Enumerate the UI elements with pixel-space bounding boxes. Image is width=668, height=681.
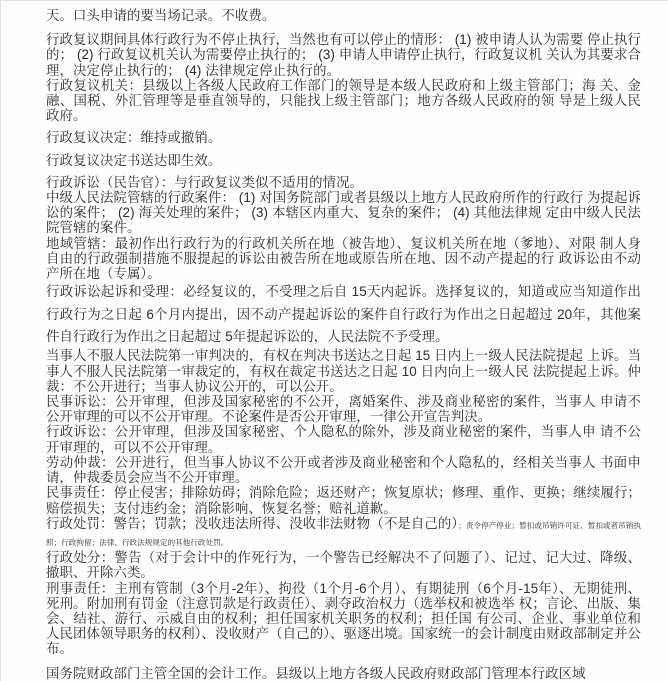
para-decision-effective: 行政复议决定书送达即生效。 (46, 153, 641, 168)
para-admin-litigation-intro: 行政诉讼（民告官）：与行政复议类似不适用的情况。 (46, 175, 641, 190)
para-admin-penalty-main: 行政处罚：警告；罚款；没收违法所得、没收非法财物（不是自己的） (46, 516, 458, 531)
document-page: 天。口头申请的要当场记录。不收费。 行政复议期间具体行政行为不停止执行，当然也有… (0, 0, 668, 681)
para-filing-and-acceptance: 行政诉讼起诉和受理：必经复议的，不受理之后自 15天内起诉。选择复议的，知道或应… (46, 281, 641, 348)
para-reconsideration-decision: 行政复议决定：维持或撤销。 (46, 130, 641, 145)
para-state-council-finance: 国务院财政部门主管全国的会计工作。县级以上地方各级人民政府财政部门管理本行政区域 (46, 666, 641, 681)
para-admin-penalty: 行政处罚：警告；罚款；没收违法所得、没收非法财物（不是自己的）；责令停产停业；暂… (46, 516, 641, 550)
document-body: 天。口头申请的要当场记录。不收费。 行政复议期间具体行政行为不停止执行，当然也有… (1, 1, 668, 681)
para-reconsideration-no-suspension: 行政复议期间具体行政行为不停止执行，当然也有可以停止的情形： (1) 被申请人认… (46, 32, 641, 78)
para-admin-litigation-publicity: 行政诉讼：公开审理，但涉及国家秘密、个人隐私的除外，涉及商业秘密的案件，当事人申… (46, 424, 641, 454)
para-civil-liability: 民事责任：停止侵害；排除妨碍；消除危险；返还财产；恢复原状；修理、重作、更换；继… (46, 485, 641, 515)
para-criminal-liability: 刑事责任：主刑有管制（3个月-2年）、拘役（1个月-6个月）、有期徒刑（6个月-… (46, 581, 641, 657)
para-labor-arbitration-publicity: 劳动仲裁：公开进行，但当事人协议不公开或者涉及商业秘密和个人隐私的，经相关当事人… (46, 455, 641, 485)
para-appeal-deadlines: 当事人不服人民法院第一审判决的，有权在判决书送达之日起 15 日内上一级人民法院… (46, 348, 641, 394)
para-territorial-jurisdiction: 地域管辖：最初作出行政行为的行政机关所在地（被告地）、复议机关所在地（爹地）、对… (46, 236, 641, 282)
para-intermediate-court-jurisdiction: 中级人民法院管辖的行政案件： (1) 对国务院部门或者县级以上地方人民政府所作的… (46, 190, 641, 236)
para-admin-sanction: 行政处分：警告（对于会计中的作死行为，一个警告已经解决不了问题了）、记过、记大过… (46, 550, 641, 580)
para-oral-application-note: 天。口头申请的要当场记录。不收费。 (46, 8, 641, 23)
para-civil-litigation-publicity: 民事诉讼：公开审理，但涉及国家秘密的不公开，离婚案件、涉及商业秘密的案件，当事人… (46, 394, 641, 424)
para-reconsideration-organ: 行政复议机关：县级以上各级人民政府工作部门的领导是本级人民政府和上级主管部门；海… (46, 78, 641, 124)
